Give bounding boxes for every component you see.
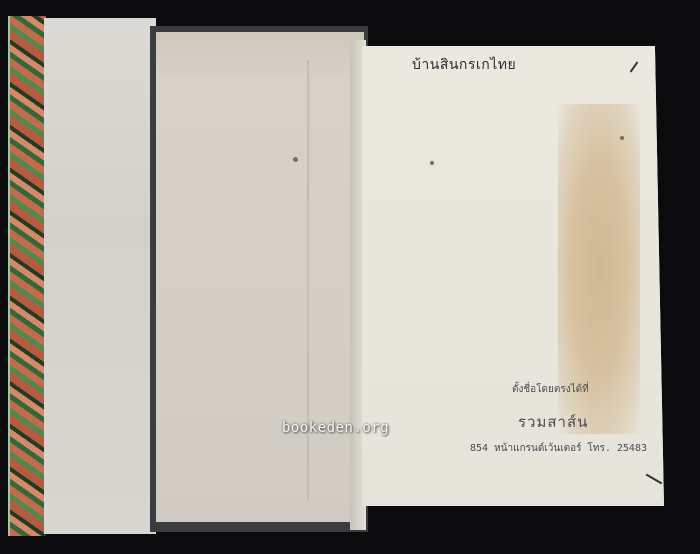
publisher-stamp-address: 854 หน้าแกรนด์เว้นเตอร์ โทร. 25483: [470, 441, 647, 456]
publisher-stamp-name: รวมสาส์น: [518, 410, 588, 434]
foxing-spot: [430, 161, 434, 165]
foxing-spot: [293, 157, 298, 162]
watermark-text: bookeden.org: [282, 420, 389, 436]
handwritten-owner-note: บ้านสินกรเกไทย: [412, 54, 516, 76]
marbled-spine: [8, 16, 46, 536]
publisher-stamp-line-1: ตั้งชื่อโดยตรงได้ที่: [512, 382, 589, 397]
inner-cover-endpaper: [156, 32, 364, 522]
foxing-spot: [620, 136, 624, 140]
left-endpaper-flap: [44, 18, 156, 534]
